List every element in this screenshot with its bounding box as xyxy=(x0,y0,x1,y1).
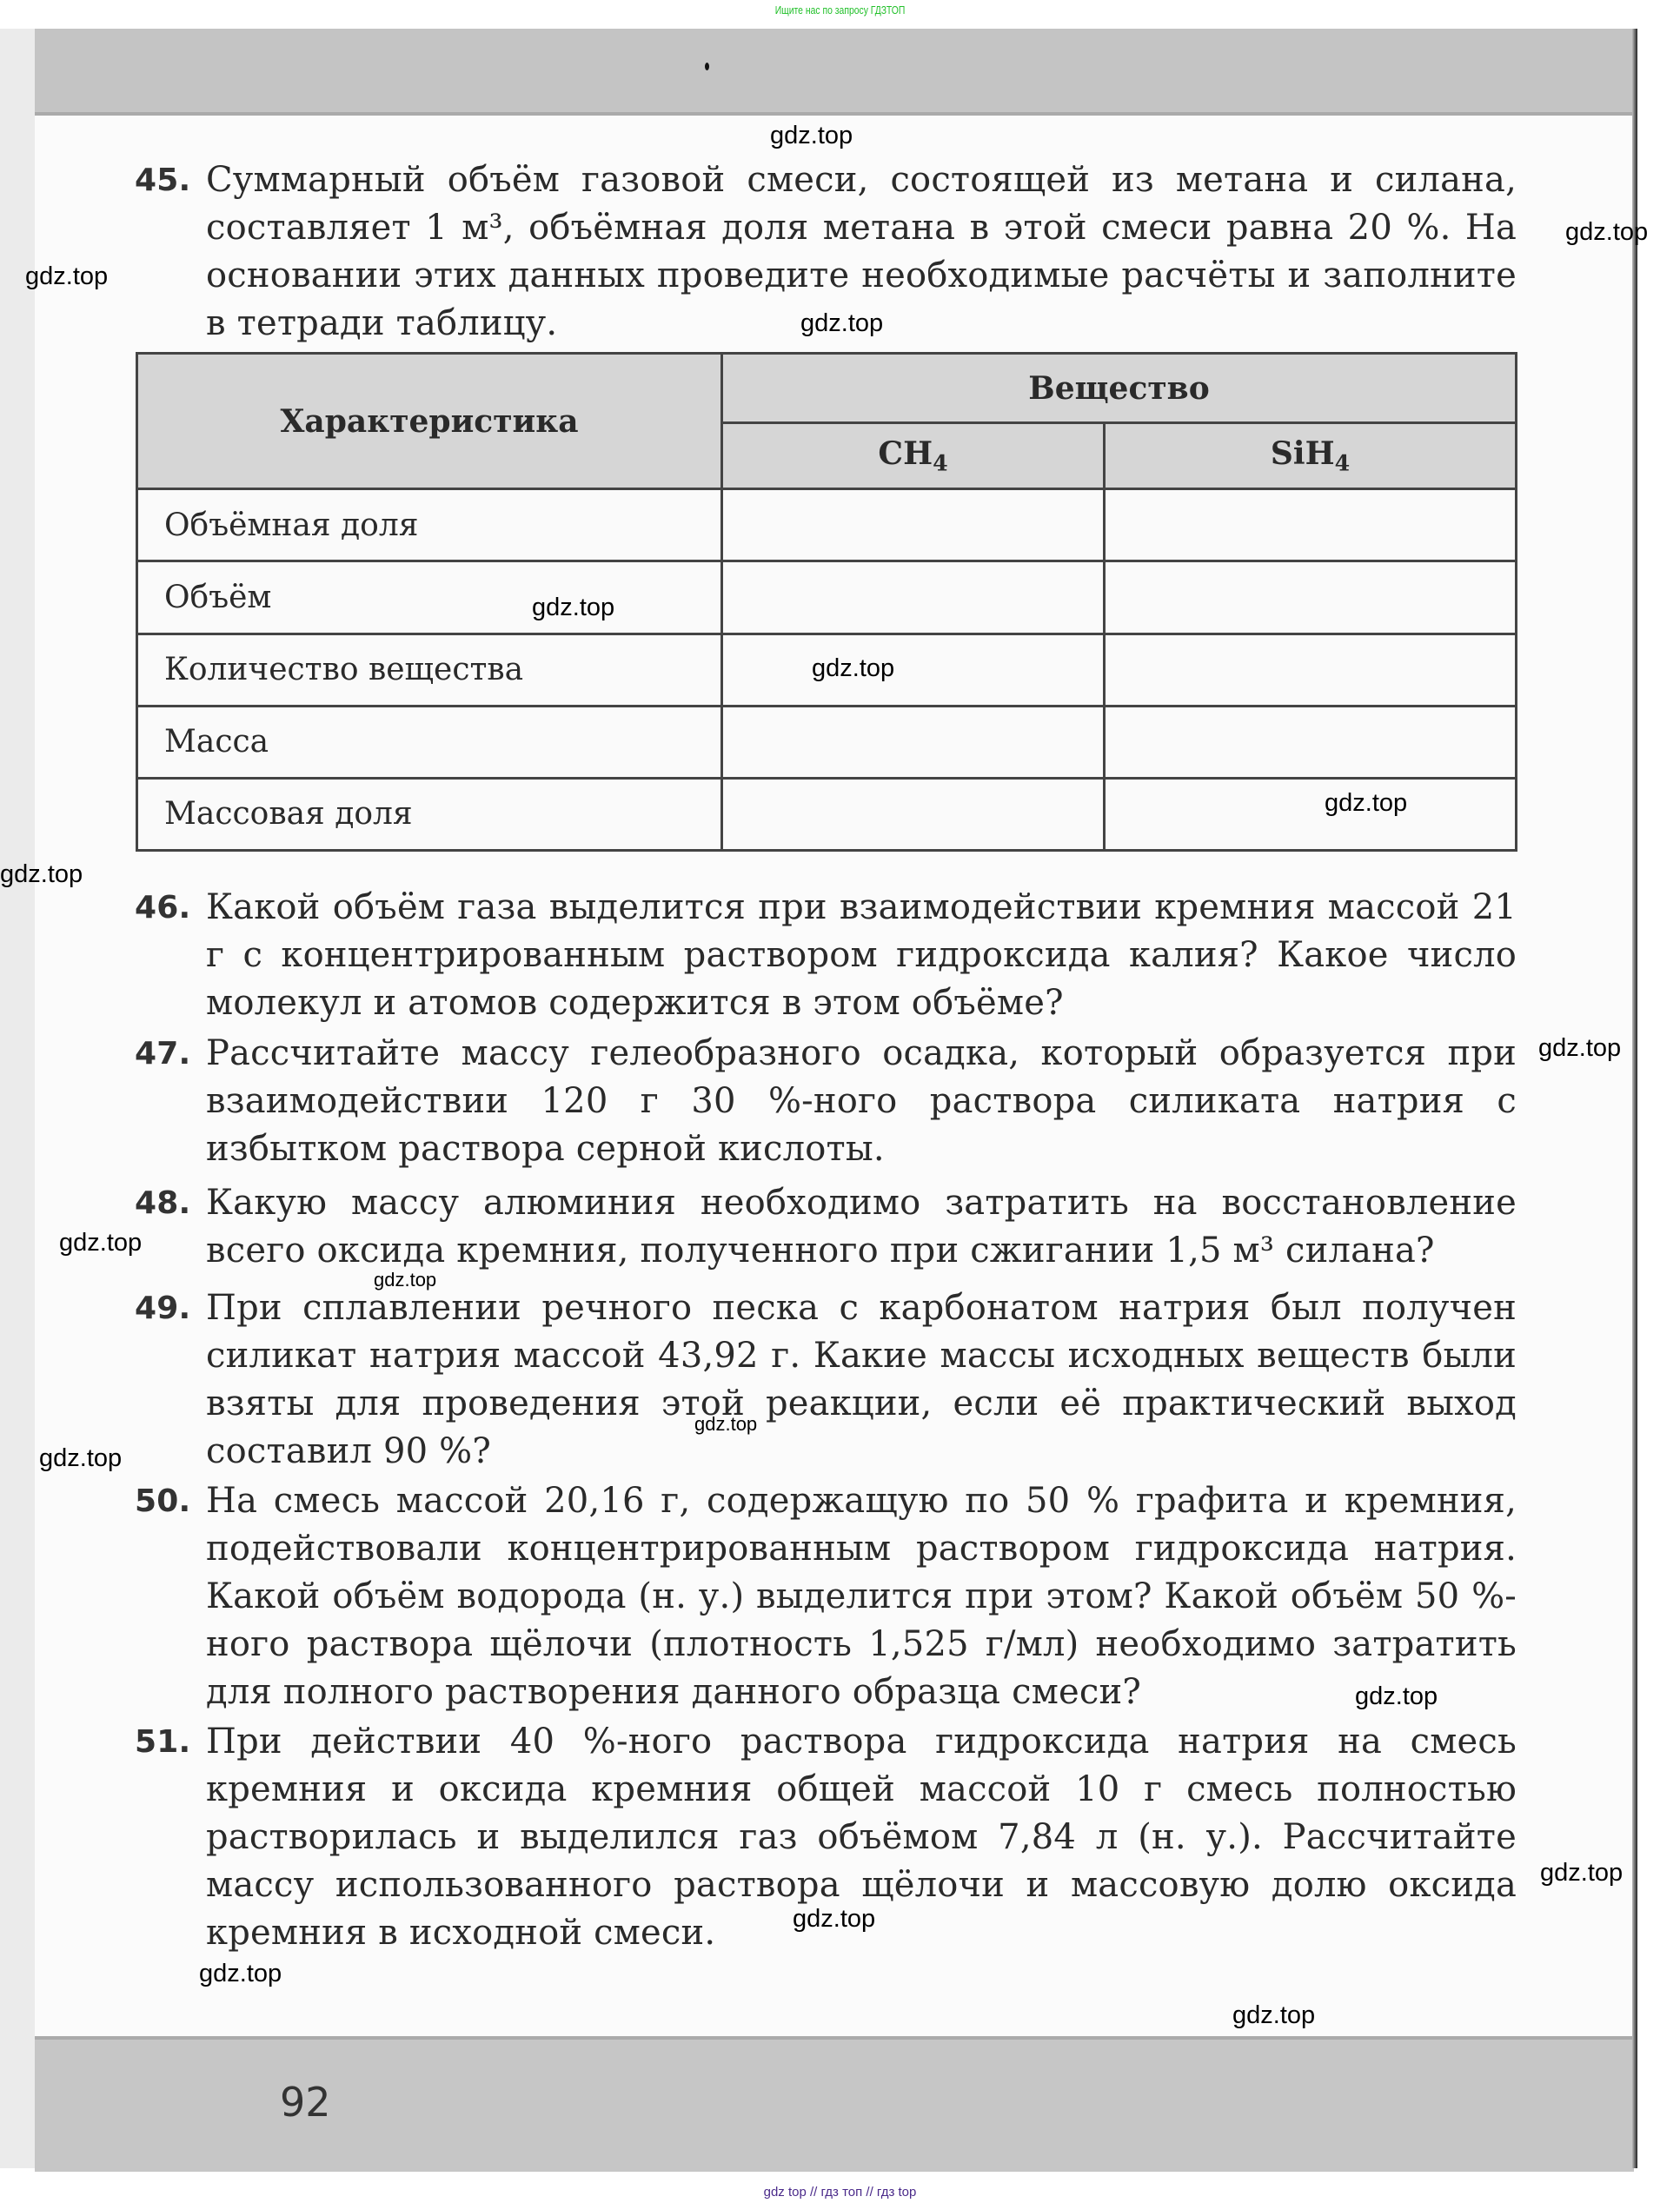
problem-number: 48. xyxy=(135,1179,190,1227)
watermark: gdz.top xyxy=(694,1413,757,1436)
watermark: gdz.top xyxy=(1538,1034,1621,1063)
cell-empty xyxy=(1105,634,1517,706)
problem-47: 47. Рассчитайте массу гелеобразного осад… xyxy=(135,1030,1517,1173)
watermark: gdz.top xyxy=(800,309,883,338)
cell-empty xyxy=(1105,489,1517,561)
characteristics-table: Характеристика Вещество CH4 SiH4 Объёмна… xyxy=(136,352,1517,852)
row-label: Объём xyxy=(137,561,722,634)
cell-empty xyxy=(722,561,1105,634)
watermark: gdz.top xyxy=(1540,1859,1623,1888)
top-grey-band xyxy=(35,29,1634,116)
table-row: Масса xyxy=(137,706,1517,778)
problem-number: 47. xyxy=(135,1030,190,1078)
ink-spot xyxy=(705,63,709,70)
header-substance: Вещество xyxy=(722,354,1517,423)
problem-number: 46. xyxy=(135,884,190,932)
problem-text: Какую массу алюминия необходимо затратит… xyxy=(206,1179,1517,1275)
cell-empty xyxy=(722,706,1105,778)
row-label: Объёмная доля xyxy=(137,489,722,561)
watermark: gdz.top xyxy=(812,654,894,683)
page-edge-shadow xyxy=(1632,29,1637,2168)
bottom-grey-band xyxy=(35,2036,1634,2172)
watermark: gdz.top xyxy=(1355,1682,1438,1711)
watermark: gdz.top xyxy=(59,1229,142,1257)
table-row: Объём xyxy=(137,561,1517,634)
problem-48: 48. Какую массу алюминия необходимо затр… xyxy=(135,1179,1517,1275)
cell-empty xyxy=(722,778,1105,850)
problem-50: 50. На смесь массой 20,16 г, содержащую … xyxy=(135,1477,1517,1716)
table-row: Объёмная доля xyxy=(137,489,1517,561)
cell-empty xyxy=(1105,561,1517,634)
problem-46: 46. Какой объём газа выделится при взаим… xyxy=(135,884,1517,1027)
watermark: gdz.top xyxy=(770,122,853,150)
problem-text: На смесь массой 20,16 г, содержащую по 5… xyxy=(206,1477,1517,1716)
watermark: gdz.top xyxy=(25,262,108,291)
watermark: gdz.top xyxy=(39,1444,122,1473)
watermark: gdz.top xyxy=(1565,218,1648,247)
problem-text: Рассчитайте массу гелеобразного осадка, … xyxy=(206,1030,1517,1173)
page-gutter xyxy=(0,29,35,2168)
problem-number: 51. xyxy=(135,1718,190,1766)
watermark: gdz.top xyxy=(0,860,83,889)
header-characteristic: Характеристика xyxy=(137,354,722,489)
cell-empty xyxy=(722,634,1105,706)
table-row: Массовая доля xyxy=(137,778,1517,850)
problem-number: 45. xyxy=(135,156,190,204)
row-label: Масса xyxy=(137,706,722,778)
page-number: 92 xyxy=(280,2079,331,2126)
row-label: Массовая доля xyxy=(137,778,722,850)
footer-credits: gdz top // гдз топ // гдз top xyxy=(0,2185,1680,2200)
problem-49: 49. При сплавлении речного песка с карбо… xyxy=(135,1284,1517,1476)
row-label: Количество вещества xyxy=(137,634,722,706)
watermark: gdz.top xyxy=(532,594,614,622)
watermark: gdz.top xyxy=(199,1960,282,1988)
cell-empty xyxy=(1105,778,1517,850)
header-sih4: SiH4 xyxy=(1105,423,1517,489)
header-ch4: CH4 xyxy=(722,423,1105,489)
problem-number: 50. xyxy=(135,1477,190,1525)
watermark: gdz.top xyxy=(1325,789,1407,818)
watermark: gdz.top xyxy=(374,1269,436,1291)
watermark: gdz.top xyxy=(1232,2001,1315,2030)
watermark: gdz.top xyxy=(793,1905,875,1934)
problem-text: Какой объём газа выделится при взаимодей… xyxy=(206,884,1517,1027)
cell-empty xyxy=(722,489,1105,561)
problem-text: При сплавлении речного песка с карбонато… xyxy=(206,1284,1517,1476)
cell-empty xyxy=(1105,706,1517,778)
search-banner: Ищите нас по запросу ГДЗТОП xyxy=(168,3,1511,17)
problem-number: 49. xyxy=(135,1284,190,1332)
